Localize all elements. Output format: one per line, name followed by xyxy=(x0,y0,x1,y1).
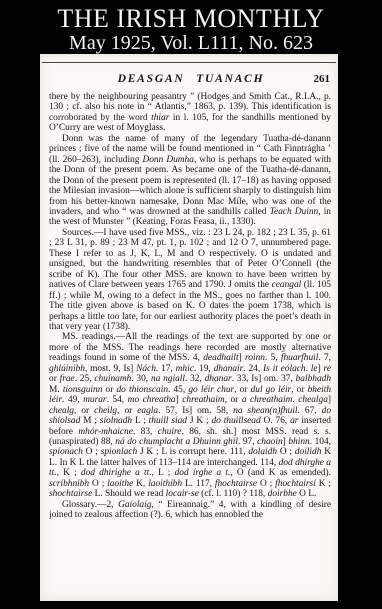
italic-text-run: laoithibh xyxy=(148,479,182,489)
text-run: . 25, xyxy=(75,374,95,384)
italic-text-run: Nách xyxy=(136,364,156,374)
text-run: . 30, xyxy=(131,374,151,384)
italic-text-run: fhochtairsí xyxy=(275,479,316,489)
paragraph: MS. readings.—All the readings of the te… xyxy=(49,332,331,499)
italic-text-run: mhic xyxy=(176,364,194,374)
text-run: K ; xyxy=(316,479,331,489)
text-run: , or xyxy=(234,385,250,395)
italic-text-run: mo chreatha xyxy=(128,395,176,405)
text-run: or xyxy=(49,374,60,384)
italic-text-run: deadhailt xyxy=(203,353,238,363)
italic-text-run: tionsguinn xyxy=(63,385,103,395)
text-run: . 17, xyxy=(156,364,176,374)
text-run: . 45, xyxy=(168,385,188,395)
text-run: K, xyxy=(133,479,148,489)
text-run: J K ; L is corrupt here. 111, xyxy=(137,447,248,457)
italic-text-run: locair-se xyxy=(166,489,199,499)
text-run: . 57, Is] om. 58, xyxy=(158,406,233,416)
italic-text-run: do thuillsead xyxy=(211,416,260,426)
italic-text-run: a chreathaim xyxy=(242,395,293,405)
italic-text-run: dhanar xyxy=(205,374,232,384)
page-body: there by the neighbouring peasantry ” (H… xyxy=(49,92,331,585)
paragraph: Sources.—I have used five MSS., viz. : 2… xyxy=(49,228,331,333)
text-run: O ; xyxy=(257,479,275,489)
italic-text-run: doilidh xyxy=(295,447,322,457)
scanned-page: DEASGAN TUANACH 261 there by the neighbo… xyxy=(40,54,338,601)
italic-text-run: na ngiall xyxy=(151,374,185,384)
text-run: O L. xyxy=(297,489,317,499)
italic-text-run: le xyxy=(311,364,318,374)
italic-text-run: Donn Dumha xyxy=(142,155,193,165)
text-run: O ; xyxy=(277,447,295,457)
text-run: . 7, xyxy=(318,353,331,363)
italic-text-run: ghlúinibh xyxy=(49,364,85,374)
italic-text-run: fhochtairse xyxy=(215,479,257,489)
text-run: . 83, xyxy=(133,427,158,437)
text-run: , or xyxy=(225,395,242,405)
text-run: . 5, xyxy=(265,353,281,363)
text-run: , or xyxy=(291,385,307,395)
text-run: O ; xyxy=(83,447,101,457)
paragraph: there by the neighbouring peasantry ” (H… xyxy=(49,92,331,134)
italic-text-run: murar xyxy=(83,395,106,405)
journal-title: THE IRISH MONTHLY xyxy=(0,5,382,33)
italic-text-run: scríbhnibh xyxy=(49,479,89,489)
italic-text-run: mhór-mhaicne xyxy=(78,427,133,437)
text-run: , K ; xyxy=(57,468,81,478)
italic-text-run: thuill siad xyxy=(149,416,187,426)
italic-text-run: fhuarfhuil xyxy=(281,353,319,363)
italic-text-run: síolnadh xyxy=(100,416,132,426)
italic-text-run: Teach Duinn xyxy=(270,207,319,217)
text-run: , or xyxy=(74,406,94,416)
italic-text-run: balbhadh xyxy=(296,374,331,384)
text-run: , L ; xyxy=(152,468,175,478)
italic-text-run: dod írghe a t. xyxy=(175,468,231,478)
text-run: . 19, xyxy=(194,364,214,374)
journal-banner: THE IRISH MONTHLY May 1925, Vol. L111, N… xyxy=(0,0,382,54)
italic-text-run: go léir chur xyxy=(188,385,234,395)
italic-text-run: dod dhirighe a tt. xyxy=(81,468,152,478)
italic-text-run: Is it eólach xyxy=(263,364,306,374)
text-run: L ; xyxy=(132,416,149,426)
text-run: L. 117, xyxy=(182,479,215,489)
italic-text-run: Gaíolaíg xyxy=(118,500,151,510)
italic-text-run: chreathaim xyxy=(182,395,224,405)
text-run: . 24, xyxy=(243,364,263,374)
header-rule xyxy=(42,62,336,63)
paragraph: Donn was the name of many of the legenda… xyxy=(49,134,331,228)
italic-text-run: roinn xyxy=(245,353,265,363)
text-run: . 33, Is] om. 37, xyxy=(232,374,296,384)
running-head: DEASGAN TUANACH 261 xyxy=(52,73,330,86)
text-run: O ; xyxy=(89,479,107,489)
text-run: , or xyxy=(117,406,137,416)
italic-text-run: frae xyxy=(60,374,75,384)
text-run: ] xyxy=(328,395,331,405)
text-run: M. xyxy=(49,385,63,395)
italic-text-run: shochtairse xyxy=(49,489,92,499)
page-number: 261 xyxy=(314,73,331,85)
italic-text-run: bhinn xyxy=(288,437,309,447)
text-run: . 49, xyxy=(62,395,83,405)
text-run: , O (and K as emended). xyxy=(230,468,331,478)
italic-text-run: chuínamh xyxy=(94,374,131,384)
text-run: J K ; xyxy=(187,416,211,426)
italic-text-run: na shean(n)fhuil xyxy=(233,406,297,416)
paragraph: Glossary.—2, Gaíolaíg, “ Eireannaig.” 4,… xyxy=(49,500,331,521)
text-run: , most. 9, Is] xyxy=(85,364,136,374)
italic-text-run: spíonach xyxy=(49,447,83,457)
italic-text-run: do thionscain xyxy=(116,385,168,395)
text-run: . 67, xyxy=(298,406,322,416)
text-run: O. 76, xyxy=(261,416,290,426)
italic-text-run: eagla xyxy=(137,406,158,416)
italic-text-run: ná do chumplacht a Dhuinn ghil xyxy=(115,437,238,447)
italic-text-run: re xyxy=(324,364,331,374)
text-run: L. Should we read xyxy=(92,489,165,499)
italic-text-run: laoithe xyxy=(107,479,133,489)
italic-text-run: thiar xyxy=(151,113,169,123)
text-run: or xyxy=(102,385,116,395)
journal-issue-line: May 1925, Vol. L111, No. 623 xyxy=(0,33,382,54)
italic-text-run: chealga xyxy=(298,395,328,405)
text-run: . 97, xyxy=(238,437,257,447)
italic-text-run: dolaidh xyxy=(248,447,277,457)
italic-text-run: ceangal xyxy=(272,280,302,290)
screen: THE IRISH MONTHLY May 1925, Vol. L111, N… xyxy=(0,0,382,609)
italic-text-run: chaoin xyxy=(257,437,283,447)
italic-text-run: chuire xyxy=(158,427,182,437)
text-run: . 32, xyxy=(185,374,205,384)
text-run: (cf. l. 110) ? 118, xyxy=(199,489,268,499)
italic-text-run: dul go léir xyxy=(251,385,292,395)
italic-text-run: cheilg xyxy=(94,406,117,416)
text-run: . 104, xyxy=(310,437,331,447)
italic-text-run: dhanair xyxy=(214,364,244,374)
text-run: . 54, xyxy=(107,395,128,405)
italic-text-run: doirbhe xyxy=(268,489,297,499)
running-head-title: DEASGAN TUANACH xyxy=(118,73,265,85)
text-run: Glossary.—2, xyxy=(62,500,118,510)
text-run: M ; xyxy=(80,416,100,426)
italic-text-run: chealg xyxy=(49,406,74,416)
italic-text-run: spionlach xyxy=(101,447,137,457)
